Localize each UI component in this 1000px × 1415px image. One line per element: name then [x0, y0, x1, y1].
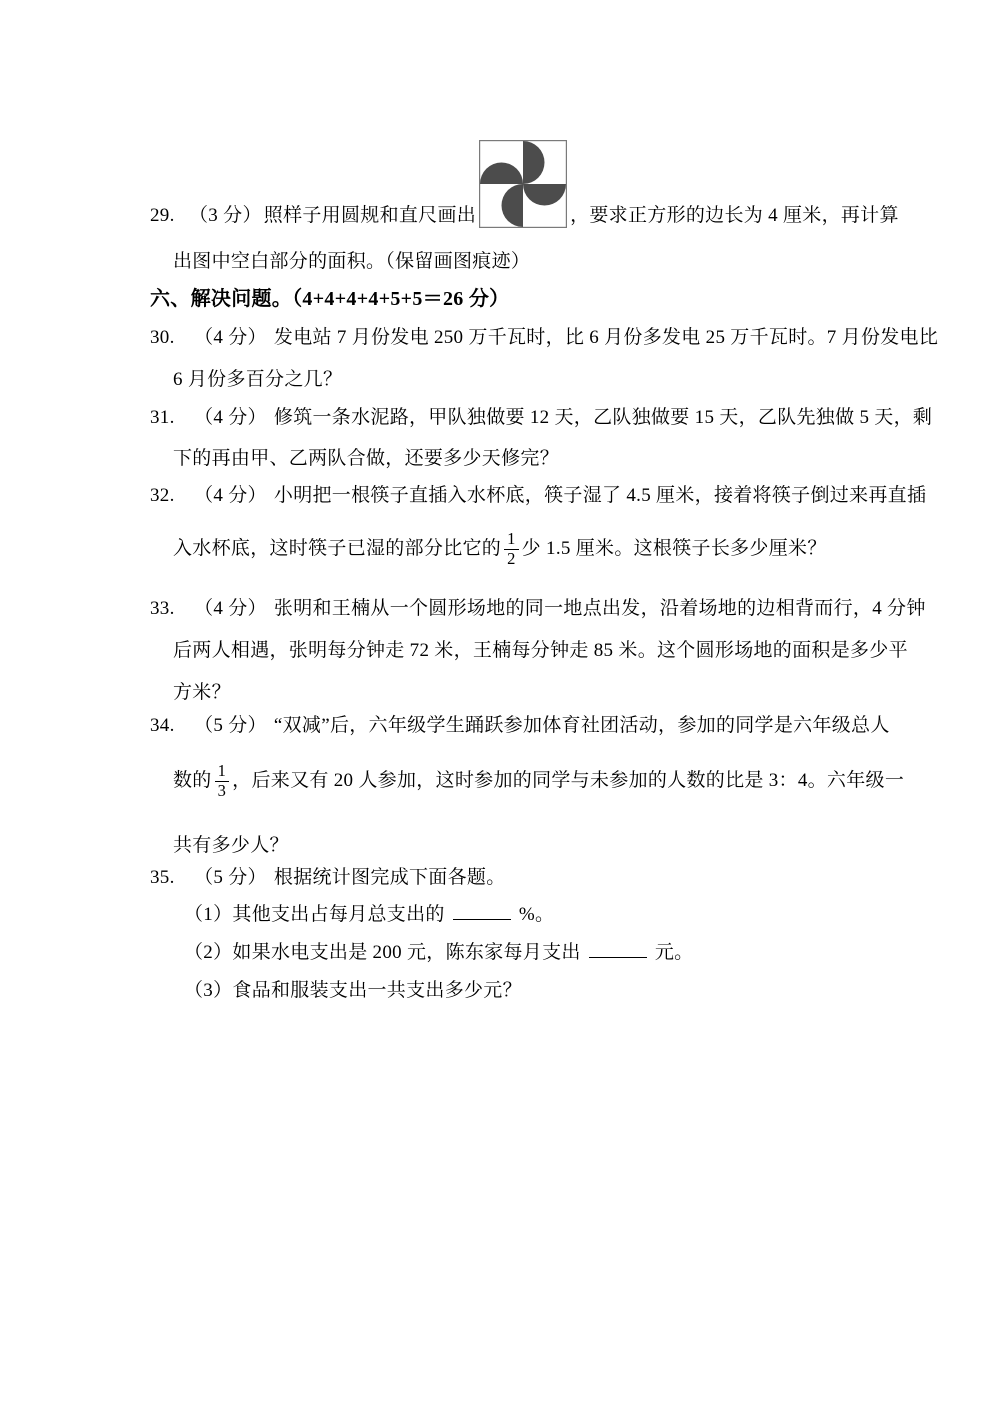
question-text: ，后来又有 20 人参加，这时参加的同学与未参加的人数的比是 3：4。六年级一	[232, 769, 904, 793]
question-text: 小明把一根筷子直插入水杯底，筷子湿了 4.5 厘米，接着将筷子倒过来再直插	[274, 485, 926, 506]
question-score: （4 分）	[194, 598, 267, 619]
question-score: （4 分）	[194, 485, 267, 506]
pinwheel-figure	[479, 140, 567, 228]
question-score: （3 分）	[189, 204, 262, 228]
question-33-line-2: 后两人相遇，张明每分钟走 72 米，王楠每分钟走 85 米。这个圆形场地的面积是…	[173, 639, 908, 663]
question-score: （4 分）	[194, 407, 267, 428]
question-35-sub-2: （2）如果水电支出是 200 元，陈东家每月支出 元。	[184, 941, 693, 965]
question-31-line-1: 31. （4 分） 修筑一条水泥路，甲队独做要 12 天，乙队独做要 15 天，…	[150, 406, 932, 430]
question-number: 33.	[150, 597, 180, 621]
question-number: 34.	[150, 714, 180, 738]
question-text: （2）如果水电支出是 200 元，陈东家每月支出	[184, 942, 581, 963]
question-33-line-1: 33. （4 分） 张明和王楠从一个圆形场地的同一地点出发，沿着场地的边相背而行…	[150, 597, 926, 621]
fraction-numerator: 1	[215, 763, 230, 781]
question-34-line-2: 数的 1 3 ，后来又有 20 人参加，这时参加的同学与未参加的人数的比是 3：…	[173, 754, 904, 808]
question-text: %。	[519, 904, 554, 925]
question-34-line-1: 34. （5 分） “双减”后，六年级学生踊跃参加体育社团活动，参加的同学是六年…	[150, 714, 890, 738]
question-text: 修筑一条水泥路，甲队独做要 12 天，乙队独做要 15 天，乙队先独做 5 天，…	[274, 407, 932, 428]
question-text: 根据统计图完成下面各题。	[274, 867, 506, 888]
exam-page: 29. （3 分） 照样子用圆规和直尺画出 ，要求正方形的边长为 4 厘米，再计…	[0, 0, 1000, 1415]
question-score: （5 分）	[194, 715, 267, 736]
question-text: ，要求正方形的边长为 4 厘米，再计算	[570, 204, 899, 228]
question-30-line-1: 30. （4 分） 发电站 7 月份发电 250 万千瓦时，比 6 月份多发电 …	[150, 326, 938, 350]
question-number: 35.	[150, 866, 180, 890]
question-31-line-2: 下的再由甲、乙两队合做，还要多少天修完？	[173, 447, 559, 471]
question-score: （5 分）	[194, 867, 267, 888]
question-text: 数的	[173, 769, 212, 793]
question-number: 29.	[150, 204, 180, 228]
question-35-line-1: 35. （5 分） 根据统计图完成下面各题。	[150, 866, 506, 890]
fraction-numerator: 1	[504, 531, 519, 549]
answer-blank-percent	[453, 903, 511, 920]
question-35-sub-3: （3）食品和服装支出一共支出多少元？	[184, 979, 522, 1003]
question-text: 少 1.5 厘米。这根筷子长多少厘米？	[522, 537, 827, 561]
question-30-line-2: 6 月份多百分之几？	[173, 368, 342, 392]
question-score: （4 分）	[194, 327, 267, 348]
question-text: 照样子用圆规和直尺画出	[264, 204, 476, 228]
question-text: （1）其他支出占每月总支出的	[184, 904, 445, 925]
fraction-one-third: 1 3	[215, 763, 230, 800]
question-34-line-3: 共有多少人？	[173, 834, 289, 858]
question-32-line-1: 32. （4 分） 小明把一根筷子直插入水杯底，筷子湿了 4.5 厘米，接着将筷…	[150, 484, 926, 508]
question-number: 30.	[150, 326, 180, 350]
exam-content: 29. （3 分） 照样子用圆规和直尺画出 ，要求正方形的边长为 4 厘米，再计…	[150, 0, 930, 1415]
fraction-denominator: 2	[504, 549, 519, 568]
question-29-line-1: 29. （3 分） 照样子用圆规和直尺画出 ，要求正方形的边长为 4 厘米，再计…	[150, 136, 899, 228]
fraction-denominator: 3	[215, 781, 230, 800]
question-text: 元。	[655, 942, 694, 963]
question-29-line-2: 出图中空白部分的面积。（保留画图痕迹）	[173, 250, 530, 274]
question-number: 31.	[150, 406, 180, 430]
question-text: “双减”后，六年级学生踊跃参加体育社团活动，参加的同学是六年级总人	[274, 715, 890, 736]
fraction-one-half: 1 2	[504, 531, 519, 568]
question-text: 入水杯底，这时筷子已湿的部分比它的	[173, 537, 501, 561]
question-number: 32.	[150, 484, 180, 508]
question-text: 发电站 7 月份发电 250 万千瓦时，比 6 月份多发电 25 万千瓦时。7 …	[274, 327, 938, 348]
question-text: 张明和王楠从一个圆形场地的同一地点出发，沿着场地的边相背而行，4 分钟	[274, 598, 926, 619]
question-35-sub-1: （1）其他支出占每月总支出的 %。	[184, 903, 554, 927]
section-header: 六、解决问题。（4+4+4+4+5+5＝26 分）	[150, 287, 509, 311]
question-32-line-2: 入水杯底，这时筷子已湿的部分比它的 1 2 少 1.5 厘米。这根筷子长多少厘米…	[173, 524, 827, 574]
question-33-line-3: 方米？	[173, 681, 231, 705]
answer-blank-yuan	[589, 941, 647, 958]
